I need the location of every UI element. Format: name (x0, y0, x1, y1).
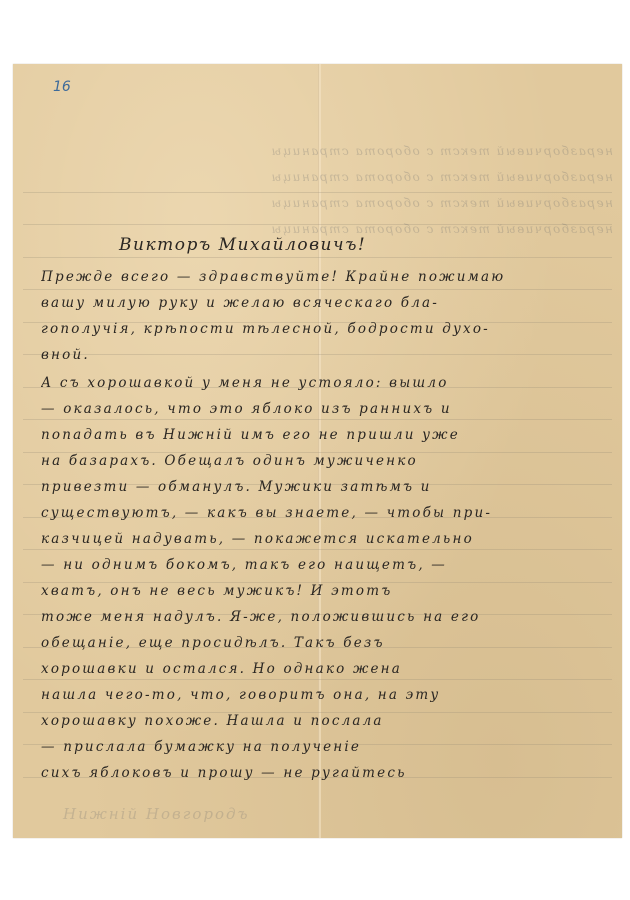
ruling-line (23, 289, 612, 290)
letter-line: хорошавки и остался. Но однако жена (41, 661, 610, 677)
letter-line: А съ хорошавкой у меня не устояло: вышло (41, 375, 610, 391)
letter-line: существуютъ, — какъ вы знаете, — чтобы п… (41, 505, 610, 521)
bleed-through-text: неразборчивый текст с оборота страницы (33, 144, 613, 158)
letter-line: казчицей надувать, — покажется искательн… (41, 531, 610, 547)
letter-line: попадать въ Нижній имъ его не пришли уже (41, 427, 610, 443)
ruling-line (23, 679, 612, 680)
letter-page: 16 неразборчивый текст с оборота страниц… (13, 64, 622, 838)
bleed-through-text: неразборчивый текст с оборота страницы (33, 222, 613, 236)
letter-line: хватъ, онъ не весь мужикъ! И этотъ (41, 583, 610, 599)
letter-line: хорошавку похоже. Нашла и послала (41, 713, 610, 729)
letter-line: — оказалось, что это яблоко изъ раннихъ … (41, 401, 610, 417)
ruling-line (23, 549, 612, 550)
footer-bleed-through: Нижній Новгородъ (63, 805, 250, 823)
letter-line: на базарахъ. Обещалъ одинъ мужиченко (41, 453, 610, 469)
page-number: 16 (53, 79, 71, 95)
letter-line: вашу милую руку и желаю всяческаго бла- (41, 295, 610, 311)
letter-line: сихъ яблоковъ и прошу — не ругайтесь (41, 765, 610, 781)
letter-line: тоже меня надулъ. Я-же, положившись на е… (41, 609, 610, 625)
bleed-through-text: неразборчивый текст с оборота страницы (33, 170, 613, 184)
ruling-line (23, 257, 612, 258)
letter-line: обещаніе, еще просидѣлъ. Такъ безъ (41, 635, 610, 651)
letter-line: Прежде всего — здравствуйте! Крайне пожи… (41, 269, 610, 285)
letter-line: гополучія, крѣпости тѣлесной, бодрости д… (41, 321, 610, 337)
ruling-line (23, 419, 612, 420)
letter-line: нашла чего-то, что, говоритъ она, на эту (41, 687, 610, 703)
letter-line: вной. (41, 347, 610, 363)
letter-line: — ни однимъ бокомъ, такъ его наищетъ, — (41, 557, 610, 573)
letter-line: — прислала бумажку на полученіе (41, 739, 610, 755)
bleed-through-text: неразборчивый текст с оборота страницы (33, 196, 613, 210)
ruling-line (23, 192, 612, 193)
salutation: Викторъ Михайловичъ! (119, 235, 366, 255)
letter-line: привезти — обманулъ. Мужики затѣмъ и (41, 479, 610, 495)
